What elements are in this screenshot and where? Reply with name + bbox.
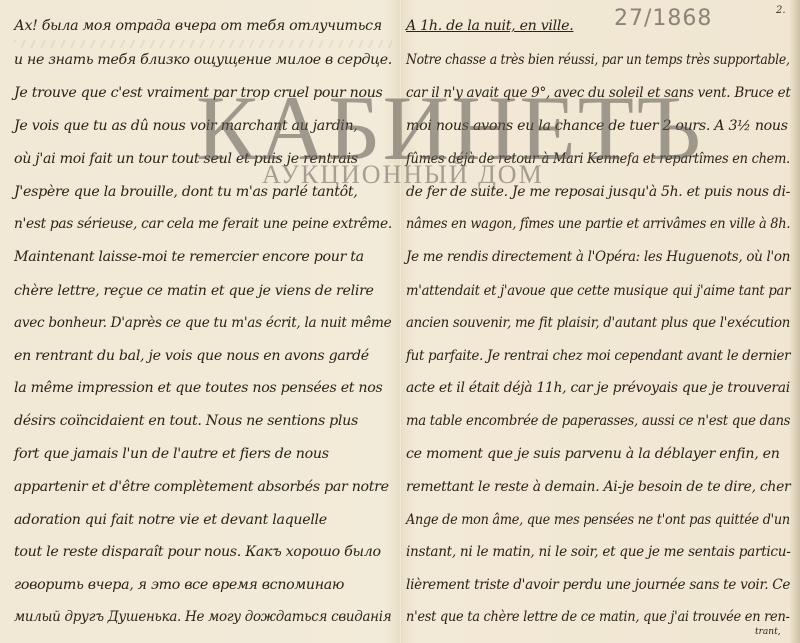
text-line: n'est pas sérieuse, car cela me ferait u… (14, 216, 392, 232)
text-line: adoration qui fait notre vie et devant l… (14, 512, 327, 528)
text-line: car il n'y avait que 9°, avec du soleil … (406, 85, 790, 101)
text-line: n'est que ta chère lettre de ce matin, q… (406, 609, 790, 625)
text-line: Je vois que tu as dû nous voir marchant … (14, 118, 358, 134)
ink-bleed (14, 40, 392, 48)
text-line: ce moment que je suis parvenu à la débla… (406, 446, 780, 462)
text-line: remettant le reste à demain. Ai-je besoi… (406, 479, 790, 495)
text-line: chère lettre, reçue ce matin et que je v… (14, 283, 374, 299)
text-line: la même impression et que toutes nos pen… (14, 380, 382, 396)
text-line: avec bonheur. D'après ce que tu m'as écr… (14, 315, 391, 331)
letter-heading: A 1h. de la nuit, en ville. (406, 18, 573, 34)
text-line: Je me rendis directement à l'Opéra: les … (406, 249, 790, 265)
paper-edge (790, 0, 800, 643)
text-line: ma table encombrée de paperasses, aussi … (406, 413, 790, 429)
right-page: A 1h. de la nuit, en ville. Notre chasse… (406, 0, 790, 643)
text-line: Ange de mon âme, que mes pensées ne t'on… (406, 512, 790, 528)
page-fold (399, 0, 402, 643)
text-line: m'attendait et j'avoue que cette musique… (406, 283, 790, 299)
text-line: désirs coïncidaient en tout. Nous ne sen… (14, 413, 358, 429)
text-line: говорить вчера, я это все время вспомина… (14, 577, 344, 593)
text-line: милый другъ Душенька. Не могу дождаться … (14, 609, 391, 625)
text-line: nâmes en wagon, fîmes une partie et arri… (406, 216, 790, 232)
text-line: lièrement triste d'avoir perdu une journ… (406, 577, 790, 593)
text-line: acte et il était déjà 11h, car je prévoy… (406, 380, 790, 396)
text-line: fut parfaite. Je rentrai chez moi cepend… (406, 348, 790, 364)
text-line: Notre chasse a très bien réussi, par un … (406, 52, 790, 68)
text-line: appartenir et d'être complètement absorb… (14, 479, 389, 495)
text-line: instant, ni le matin, ni le soir, et que… (406, 544, 791, 560)
text-line: moi nous avons eu la chance de tuer 2 ou… (406, 118, 788, 134)
text-line: de fer de suite. Je me reposai jusqu'à 5… (406, 184, 790, 200)
trailing-word: trant, (755, 627, 781, 637)
text-line: tout le reste disparaît pour nous. Какъ … (14, 544, 381, 560)
left-page: Ах! была моя отрада вчера от тебя отлучи… (14, 0, 392, 643)
text-line: fort que jamais l'un de l'autre et fiers… (14, 446, 329, 462)
text-line: ancien souvenir, me fit plaisir, d'autan… (406, 315, 790, 331)
text-line: fûmes déjà de retour à Mari Kennefa et r… (406, 151, 790, 167)
letter-sheet: 27/1868 2. Ах! была моя отрада вчера от … (0, 0, 800, 643)
text-line: Je trouve que c'est vraiment par trop cr… (14, 85, 383, 101)
text-line: J'espère que la brouille, dont tu m'as p… (14, 184, 357, 200)
text-line: où j'ai moi fait un tour tout seul et pu… (14, 151, 358, 167)
text-line: Ах! была моя отрада вчера от тебя отлучи… (14, 18, 382, 34)
text-line: Maintenant laisse-moi te remercier encor… (14, 249, 364, 265)
text-line: и не знать тебя близко ощущение милое в … (14, 52, 392, 68)
text-line: en rentrant du bal, je vois que nous en … (14, 348, 369, 364)
